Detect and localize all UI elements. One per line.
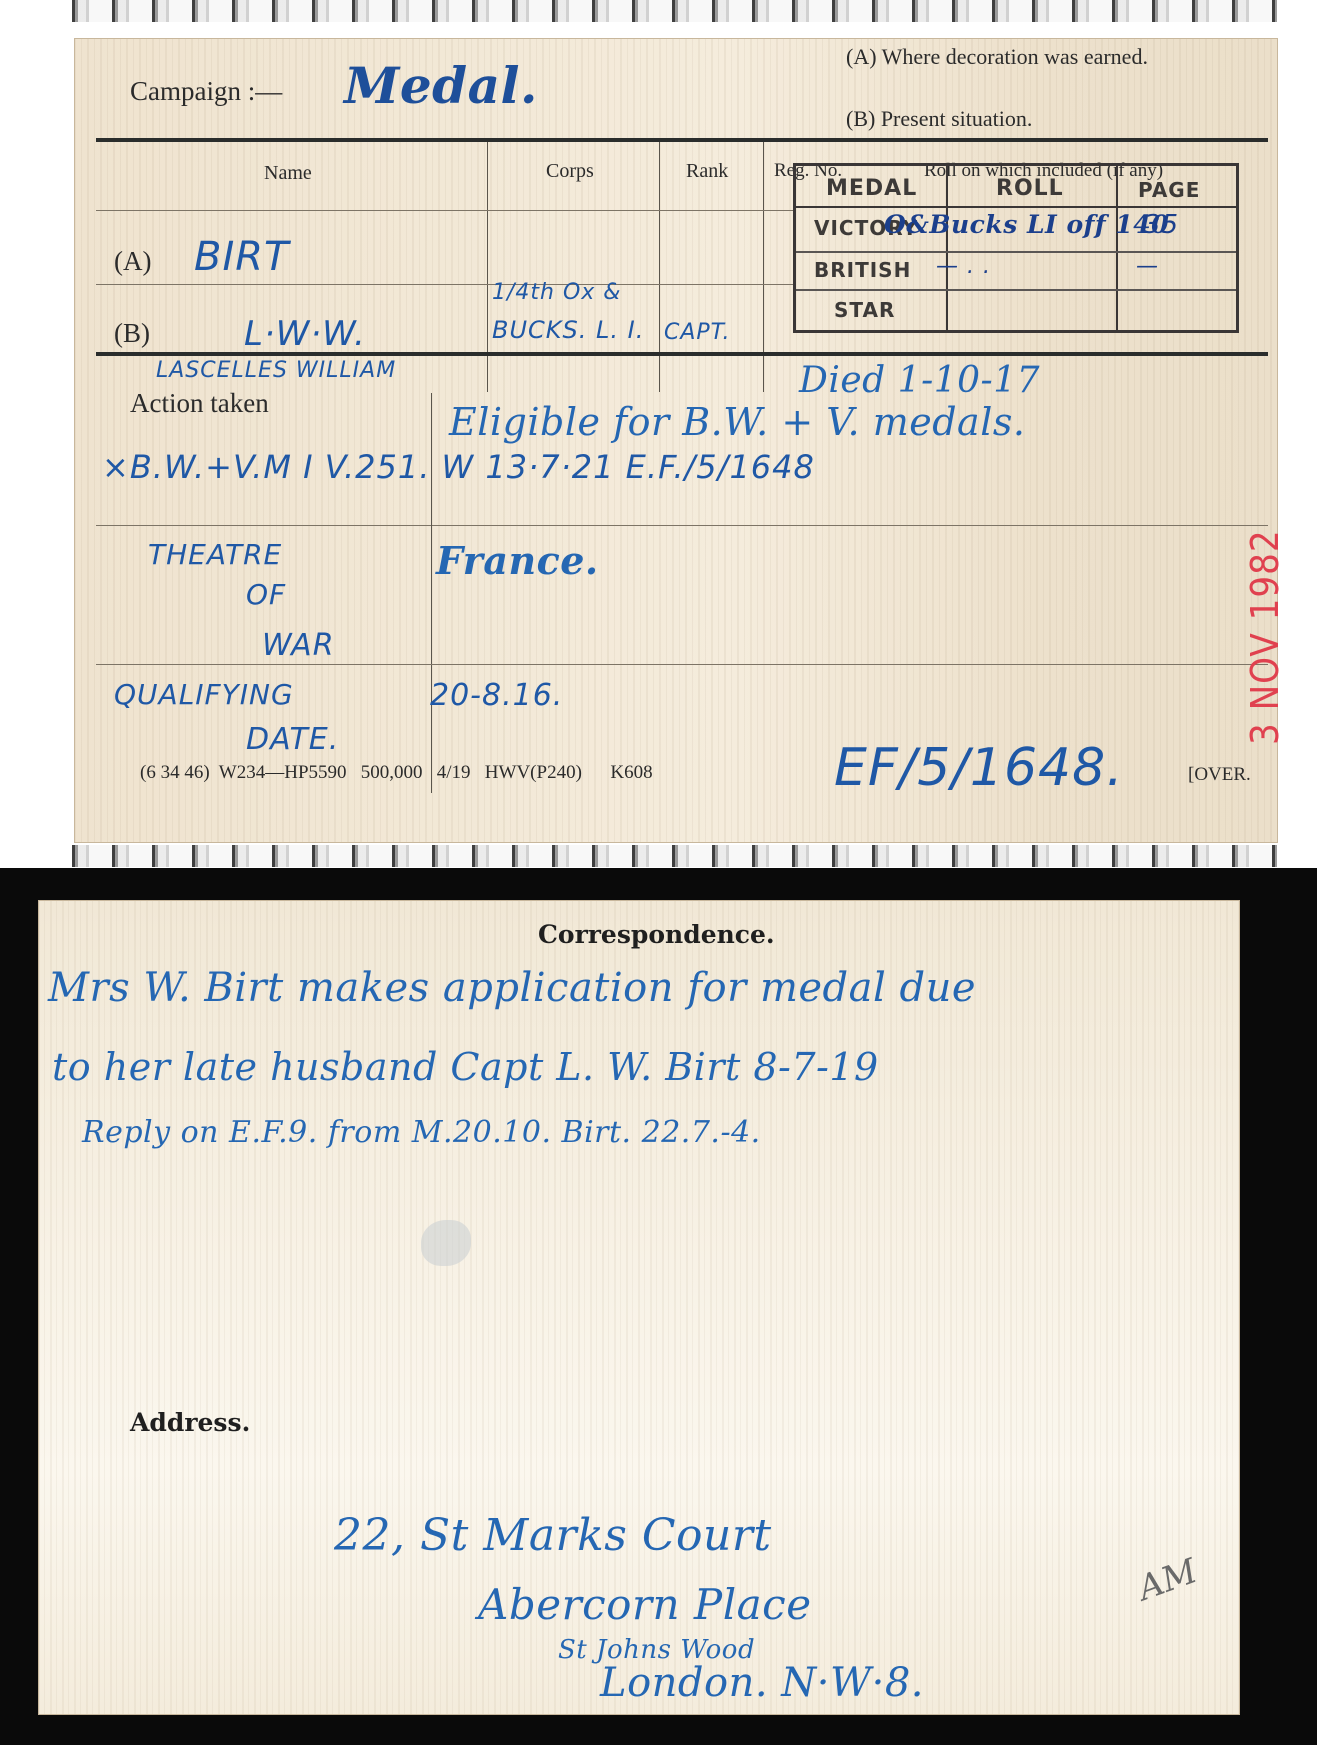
corps-line-1: 1/4th Ox &	[492, 280, 621, 305]
row-divider	[96, 664, 1268, 665]
surname: BIRT	[194, 234, 289, 280]
row-a-label: (A)	[114, 246, 151, 277]
medal-card-front: Campaign :— Medal. (A) Where decoration …	[74, 38, 1278, 843]
scan-edge-top	[72, 0, 1277, 22]
column-corps-header: Corps	[546, 160, 594, 183]
correspondence-line-1: Mrs W. Birt makes application for medal …	[48, 965, 976, 1011]
row-divider	[96, 210, 796, 211]
paper-stain	[421, 1220, 471, 1266]
qualifying-label-line1: QUALIFYING	[114, 678, 294, 711]
received-date-stamp: 3 NOV 1982	[1243, 529, 1287, 745]
rank-value: CAPT.	[664, 320, 731, 345]
qualifying-value: 20-8.16.	[430, 678, 563, 713]
clerk-initials-mark: AM	[1133, 1551, 1202, 1609]
header-rule	[96, 138, 1268, 142]
address-heading: Address.	[130, 1408, 250, 1437]
over-label: [OVER.	[1188, 764, 1251, 786]
row-divider	[96, 525, 1268, 526]
address-line-2: Abercorn Place	[478, 1580, 812, 1629]
stamp-divider	[1116, 166, 1118, 330]
theatre-label-line1: THEATRE	[148, 538, 282, 571]
stamp-header-roll: ROLL	[996, 176, 1064, 201]
theatre-label-line3: WAR	[262, 628, 335, 663]
campaign-label: Campaign :—	[130, 76, 282, 107]
corps-line-2: BUCKS. L. I.	[492, 316, 644, 344]
eligible-note: Eligible for B.W. + V. medals.	[449, 400, 1025, 444]
scan-edge-middle	[72, 845, 1277, 867]
theatre-label-line2: OF	[246, 578, 286, 611]
stamp-roll-british: — . .	[936, 254, 991, 279]
died-note: Died 1-10-17	[799, 360, 1040, 401]
address-line-4: London. N·W·8.	[600, 1660, 924, 1706]
form-print-code: (6 34 46) W234—HP5590 500,000 4/19 HWV(P…	[140, 762, 653, 784]
stamp-medal-british: BRITISH	[814, 258, 911, 282]
qualifying-label-line2: DATE.	[246, 722, 339, 757]
stamp-header-medal: MEDAL	[826, 176, 917, 201]
legend-b: (B) Present situation.	[846, 106, 1032, 132]
stamp-header-page: PAGE	[1138, 178, 1200, 202]
column-divider	[431, 393, 432, 793]
full-forenames: LASCELLES WILLIAM	[156, 358, 396, 383]
ef-reference: EF/5/1648.	[834, 738, 1124, 798]
stamp-page-british: —	[1136, 254, 1159, 279]
column-rank-header: Rank	[686, 160, 728, 183]
stamp-divider	[796, 206, 1236, 208]
stamp-divider	[796, 251, 1236, 253]
legend-a: (A) Where decoration was earned.	[846, 44, 1148, 70]
column-name-header: Name	[264, 162, 312, 185]
action-taken-label: Action taken	[130, 388, 269, 419]
stamp-divider	[796, 289, 1236, 291]
section-rule	[96, 352, 1268, 356]
initials: L·W·W.	[244, 314, 366, 354]
issue-note: ×B.W.+V.M I V.251. W 13·7·21 E.F./5/1648	[102, 448, 815, 486]
theatre-value: France.	[436, 538, 599, 583]
correspondence-heading: Correspondence.	[538, 920, 775, 949]
row-b-label: (B)	[114, 318, 150, 349]
campaign-value: Medal.	[344, 56, 538, 115]
address-line-1: 22, St Marks Court	[334, 1510, 772, 1561]
stamp-roll-victory: O&Bucks LI off 140	[884, 210, 1169, 239]
row-divider	[96, 284, 796, 285]
medal-roll-stamp: MEDAL ROLL PAGE VICTORY O&Bucks LI off 1…	[793, 163, 1239, 333]
correspondence-line-3: Reply on E.F.9. from M.20.10. Birt. 22.7…	[82, 1115, 761, 1150]
medal-card-back: Correspondence. Mrs W. Birt makes applic…	[38, 900, 1240, 1715]
correspondence-line-2: to her late husband Capt L. W. Birt 8-7-…	[52, 1045, 879, 1089]
stamp-medal-star: STAR	[834, 298, 895, 322]
stamp-page-victory: 35	[1144, 210, 1179, 240]
stamp-divider	[946, 166, 948, 330]
